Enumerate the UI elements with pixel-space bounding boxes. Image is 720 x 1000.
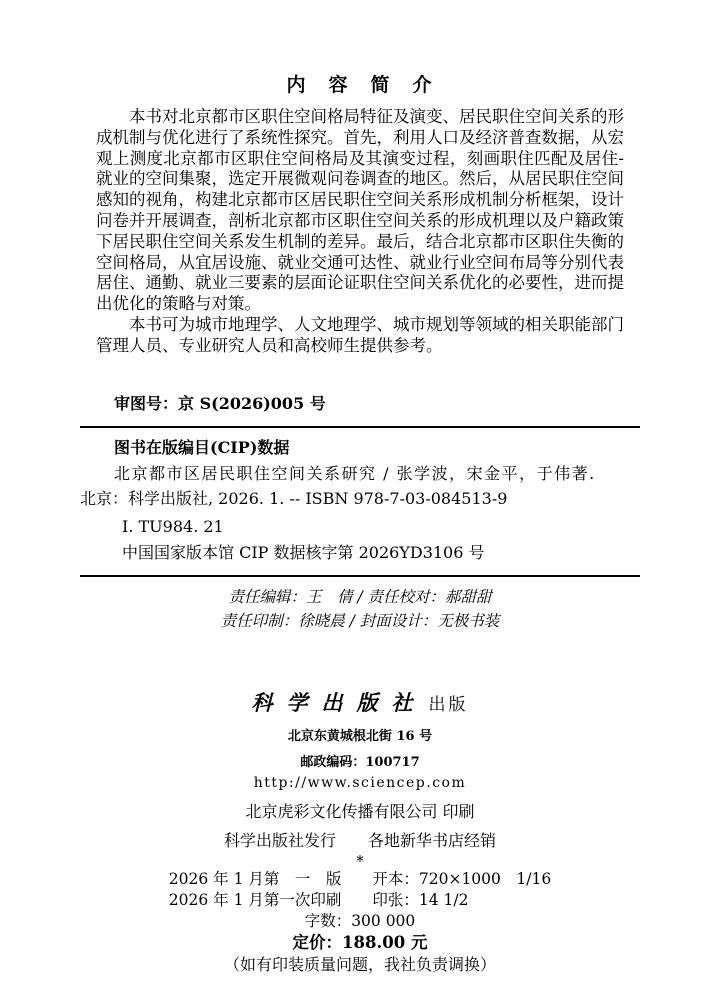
quality-notice-line: （如有印装质量问题，我社负责调换） — [80, 954, 640, 976]
cip-heading: 图书在版编目(CIP)数据 — [80, 436, 640, 460]
page-title: 内 容 简 介 — [80, 70, 640, 97]
map-approval-number: 审图号：京 S(2026)005 号 — [80, 393, 640, 415]
printing-line: 2026 年 1 月第一次印刷 印张：14 1/2 — [169, 890, 551, 911]
publish-suffix: 出版 — [429, 695, 469, 715]
divider-bottom — [80, 575, 640, 577]
edition-printing-group: * 2026 年 1 月第 一 版 开本：720×1000 1/16 2026 … — [169, 853, 551, 911]
science-press-logotype: 科学出版社 — [252, 690, 427, 715]
page-content: 内 容 简 介 本书对北京都市区职住空间格局特征及演变、居民职住空间关系的形成机… — [80, 0, 640, 976]
book-copyright-page: 内 容 简 介 本书对北京都市区职住空间格局特征及演变、居民职住空间关系的形成机… — [0, 0, 720, 1000]
distribution-line: 科学出版社发行 各地新华书店经销 — [80, 828, 640, 851]
publisher-block: 科学出版社出版 北京东黄城根北街 16 号 邮政编码：100717 http:/… — [80, 689, 640, 851]
cip-classification: Ⅰ. TU984. 21 — [80, 514, 640, 539]
publisher-website: http://www.sciencep.com — [80, 775, 640, 791]
printer-designer-line: 责任印制：徐晓晨 / 封面设计：无极书装 — [80, 609, 640, 633]
colophon-block: * 2026 年 1 月第 一 版 开本：720×1000 1/16 2026 … — [80, 853, 640, 976]
printer-line: 北京虎彩文化传播有限公司 印刷 — [80, 799, 640, 822]
divider-top — [80, 426, 640, 428]
cip-publisher-isbn: 北京：科学出版社, 2026. 1. -- ISBN 978-7-03-0845… — [80, 486, 640, 511]
summary-paragraph-2: 本书可为城市地理学、人文地理学、城市规划等领域的相关职能部门管理人员、专业研究人… — [96, 315, 624, 357]
publisher-address: 北京东黄城根北街 16 号 — [80, 725, 640, 744]
staff-credits: 责任编辑：王 倩 / 责任校对：郝甜甜 责任印制：徐晓晨 / 封面设计：无极书装 — [80, 585, 640, 633]
cip-title-authors: 北京都市区居民职住空间关系研究 / 张学波，宋金平，于伟著. — [80, 461, 640, 486]
publisher-postcode: 邮政编码：100717 — [80, 751, 640, 770]
separator-star: * — [169, 853, 551, 869]
summary-paragraph-1: 本书对北京都市区职住空间格局特征及演变、居民职住空间关系的形成机制与优化进行了系… — [96, 107, 624, 315]
content-summary: 本书对北京都市区职住空间格局特征及演变、居民职住空间关系的形成机制与优化进行了系… — [96, 107, 624, 357]
cip-record-number: 中国国家版本馆 CIP 数据核字第 2026YD3106 号 — [80, 540, 640, 565]
editor-proofreader-line: 责任编辑：王 倩 / 责任校对：郝甜甜 — [80, 585, 640, 609]
edition-line: 2026 年 1 月第 一 版 开本：720×1000 1/16 — [169, 869, 551, 890]
publisher-imprint-line: 科学出版社出版 — [80, 689, 640, 719]
word-count-line: 字数：300 000 — [80, 911, 640, 932]
cip-data-block: 图书在版编目(CIP)数据 北京都市区居民职住空间关系研究 / 张学波，宋金平，… — [80, 436, 640, 565]
price-line: 定价：188.00 元 — [80, 932, 640, 954]
